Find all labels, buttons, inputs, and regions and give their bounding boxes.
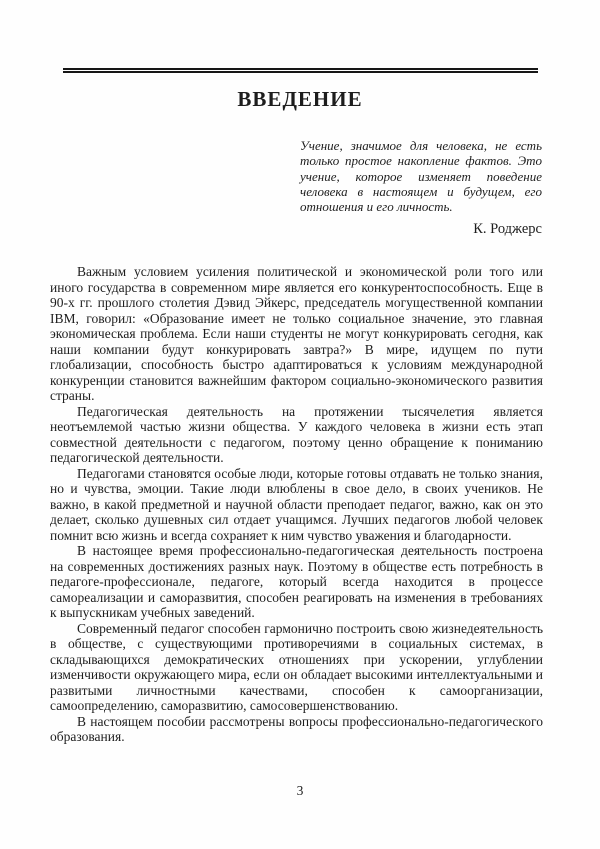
paragraph-1: Важным условием усиления политической и …	[50, 264, 543, 404]
paragraph-5: Современный педагог способен гармонично …	[50, 621, 543, 714]
chapter-divider-rule	[63, 68, 538, 73]
epigraph-attribution: К. Роджерс	[300, 221, 542, 238]
page-number: 3	[0, 783, 600, 799]
body-text: Важным условием усиления политической и …	[50, 264, 543, 745]
epigraph-text: Учение, значимое для человека, не есть т…	[300, 138, 542, 214]
paragraph-2: Педагогическая деятельность на протяжени…	[50, 404, 543, 466]
paragraph-4: В настоящее время профессионально-педаго…	[50, 543, 543, 621]
paragraph-6: В настоящем пособии рассмотрены вопросы …	[50, 714, 543, 745]
book-page: ВВЕДЕНИЕ Учение, значимое для человека, …	[0, 0, 600, 849]
paragraph-3: Педагогами становятся особые люди, котор…	[50, 466, 543, 544]
epigraph: Учение, значимое для человека, не есть т…	[300, 138, 542, 238]
chapter-title: ВВЕДЕНИЕ	[0, 87, 600, 111]
